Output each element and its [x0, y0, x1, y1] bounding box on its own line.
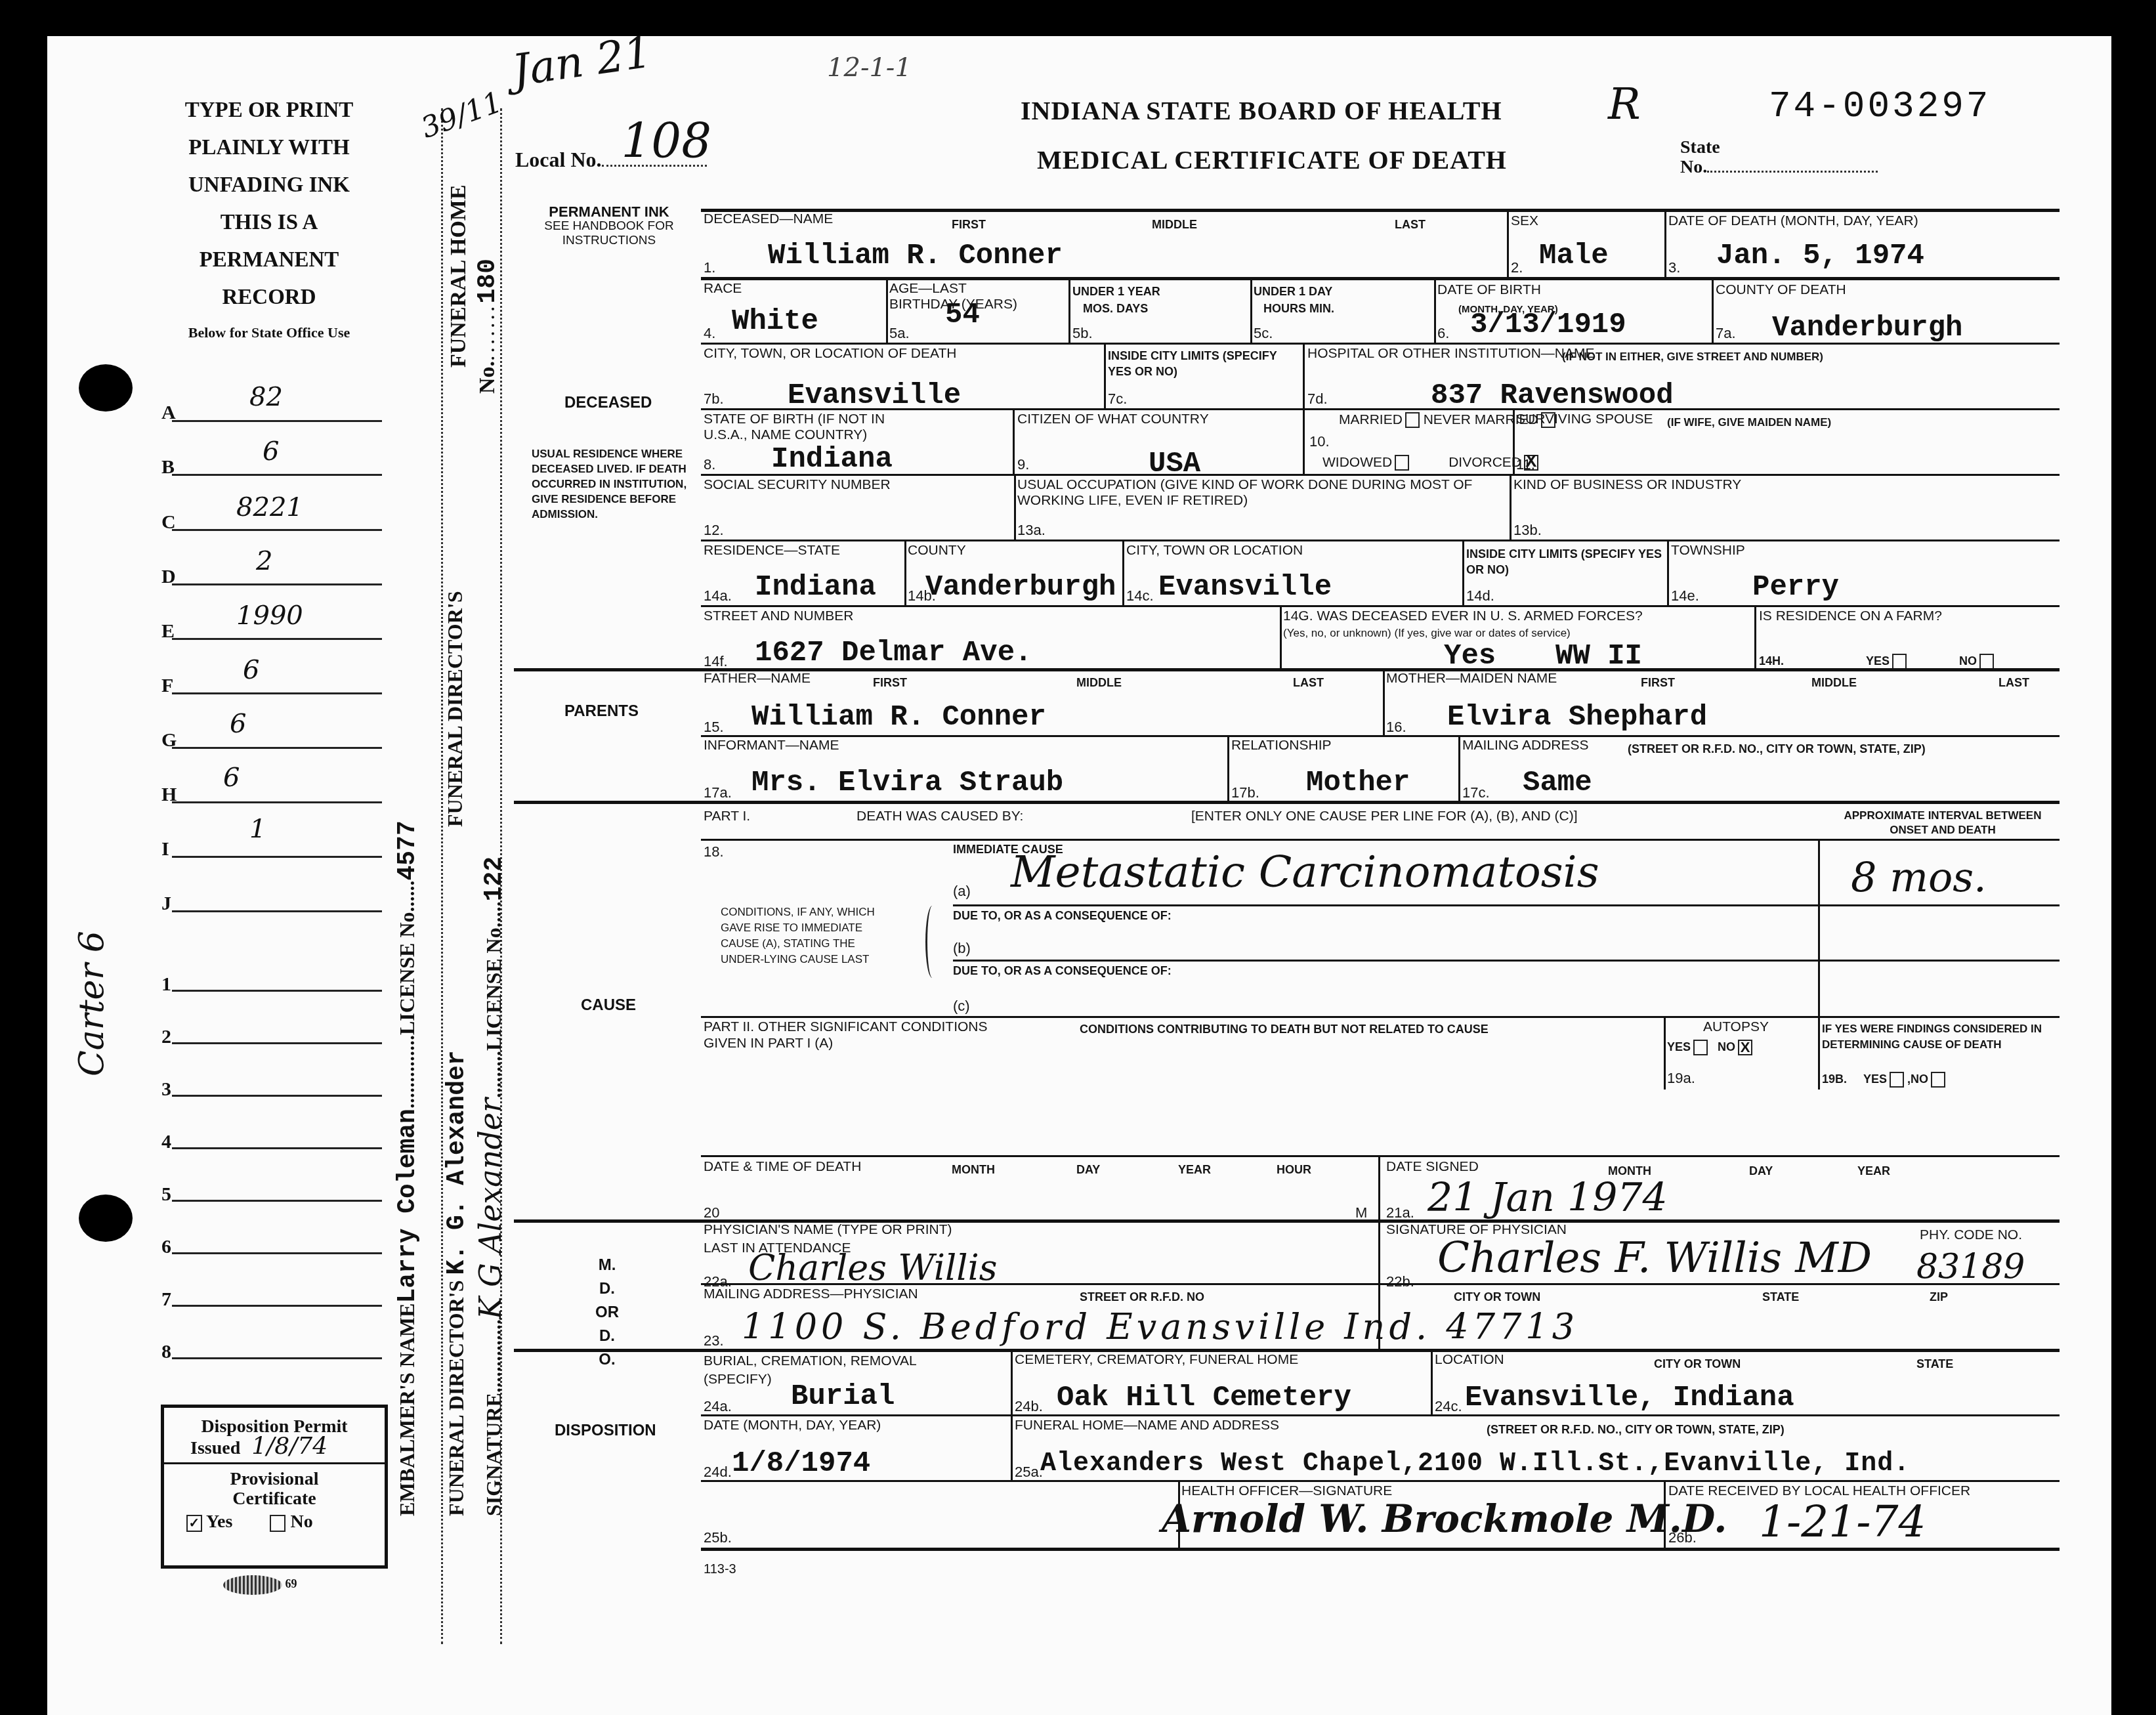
mailing-address[interactable]: Same	[1523, 767, 1592, 799]
margin-handwriting: Carter 6	[72, 931, 112, 1076]
instruction-line: PLAINLY WITH	[131, 129, 407, 167]
onset-interval[interactable]: 8 mos.	[1851, 853, 1987, 901]
residence-city[interactable]: Evansville	[1158, 571, 1332, 604]
date-of-death[interactable]: Jan. 5, 1974	[1716, 240, 1924, 272]
code-value[interactable]: 6	[223, 763, 240, 793]
binder-hole	[79, 364, 133, 412]
permit-issued-label: Issued	[190, 1438, 240, 1458]
instruction-line: PERMANENT	[131, 242, 407, 279]
autopsy-options: YES NOX	[1667, 1039, 1752, 1055]
autopsy-no-checkbox[interactable]: X	[1738, 1040, 1752, 1055]
hospital-value[interactable]: 837 Ravenswood	[1431, 379, 1674, 412]
mother-name[interactable]: Elvira Shephard	[1447, 701, 1707, 734]
embalmer-license[interactable]: 4577	[394, 820, 422, 880]
code-line	[172, 638, 382, 640]
provisional-certificate: Provisional Certificate	[164, 1470, 385, 1509]
township-value[interactable]: Perry	[1752, 571, 1839, 604]
code-value[interactable]: 2	[256, 546, 272, 576]
code-line	[172, 529, 382, 531]
section-parents: PARENTS	[564, 702, 639, 721]
code-number: 3	[161, 1078, 171, 1101]
widowed-checkbox[interactable]	[1395, 455, 1409, 471]
code-line	[172, 801, 382, 803]
provisional-yes-checkbox[interactable]: ✓	[186, 1515, 202, 1532]
race-value[interactable]: White	[732, 305, 818, 338]
code-number: 2	[161, 1026, 171, 1048]
code-line	[172, 420, 382, 422]
code-value[interactable]: 6	[243, 655, 259, 685]
cemetery-value[interactable]: Oak Hill Cemetery	[1057, 1382, 1351, 1414]
embalmer-name[interactable]: Larry Coleman	[394, 1109, 422, 1303]
instruction-line: THIS IS A	[131, 204, 407, 242]
code-number: 4	[161, 1131, 171, 1153]
findings-options: 19b. YES ,NO	[1822, 1071, 1945, 1088]
relationship-value[interactable]: Mother	[1306, 767, 1410, 799]
instruction-line: RECORD	[131, 279, 407, 316]
code-line	[172, 1305, 382, 1307]
provisional-yes-label: Yes	[206, 1512, 232, 1532]
date-of-birth[interactable]: 3/13/1919	[1470, 308, 1626, 341]
instructions-block: TYPE OR PRINT PLAINLY WITH UNFADING INK …	[131, 92, 407, 343]
margin-mark: R	[1608, 79, 1641, 129]
instruction-line: TYPE OR PRINT	[131, 92, 407, 129]
state-office-note: Below for State Office Use	[131, 323, 407, 343]
code-value[interactable]: 1	[249, 814, 266, 844]
provisional-no-label: No	[290, 1512, 312, 1532]
age-value[interactable]: 54	[945, 299, 980, 331]
funeral-home-value[interactable]: Alexanders West Chapel,2100 W.Ill.St.,Ev…	[1040, 1449, 1910, 1479]
code-number: 5	[161, 1183, 171, 1206]
brace	[925, 906, 939, 978]
code-line	[172, 910, 382, 912]
disposition-permit-box: Disposition Permit Issued 1/8/74 Provisi…	[161, 1405, 388, 1569]
code-line	[172, 747, 382, 749]
code-line	[172, 1042, 382, 1044]
physician-signature: Charles F. Willis MD	[1437, 1234, 1872, 1282]
permit-issued-row: Issued 1/8/74	[164, 1437, 385, 1458]
code-value[interactable]: 8221	[236, 492, 303, 522]
embalmer-row: EMBALMER'S NAMELarry Coleman............…	[394, 820, 422, 1516]
name-label: DECEASED—NAME	[704, 211, 833, 227]
state-no-value[interactable]: 74-003297	[1769, 85, 1991, 127]
state-no-label: StateNo.	[1680, 138, 1878, 177]
county-of-death[interactable]: Vanderburgh	[1772, 312, 1962, 345]
findings-yes-checkbox[interactable]	[1890, 1072, 1904, 1088]
armed-forces-label: 14g. WAS DECEASED EVER IN U. S. ARMED FO…	[1283, 608, 1643, 624]
form-number: 113-3	[704, 1562, 736, 1577]
birth-state[interactable]: Indiana	[771, 443, 893, 476]
dod-label: DATE OF DEATH (MONTH, DAY, YEAR)	[1668, 213, 1918, 229]
disposition-date[interactable]: 1/8/1974	[732, 1447, 870, 1480]
director-name[interactable]: K. G. Alexander	[443, 1050, 471, 1275]
code-value[interactable]: 1990	[236, 601, 303, 631]
code-line	[172, 583, 382, 585]
immediate-cause[interactable]: Metastatic Carcinomatosis	[1011, 847, 1599, 897]
city-of-death[interactable]: Evansville	[788, 379, 961, 412]
code-line	[172, 1252, 382, 1254]
married-checkbox[interactable]	[1405, 412, 1420, 428]
code-line	[172, 1095, 382, 1097]
director-row: FUNERAL DIRECTOR'S K. G. Alexander	[443, 1050, 471, 1516]
code-number: 8	[161, 1341, 171, 1363]
agency-title: INDIANA STATE BOARD OF HEALTH	[1021, 95, 1502, 126]
marital-widowed: WIDOWEDDIVORCEDX	[1322, 455, 1538, 471]
code-number: 1	[161, 973, 171, 996]
farm-options: 14h. YESNO	[1759, 653, 1994, 669]
local-no-value[interactable]: 108	[622, 114, 711, 169]
code-line	[172, 1147, 382, 1149]
disposition-method[interactable]: Burial	[791, 1380, 895, 1413]
informant-name[interactable]: Mrs. Elvira Straub	[751, 767, 1063, 799]
residence-county[interactable]: Vanderburgh	[925, 571, 1116, 604]
printer-mark: 69	[223, 1575, 297, 1595]
code-line	[172, 692, 382, 694]
signature-row: SIGNATURE..............K G Alexander....…	[473, 857, 509, 1516]
findings-no-checkbox[interactable]	[1931, 1072, 1945, 1088]
sex-value[interactable]: Male	[1539, 240, 1609, 272]
section-md-do: M. D. OR D. O.	[591, 1254, 624, 1372]
binder-hole	[79, 1195, 133, 1242]
director-license-label-top: FUNERAL DIRECTOR'S	[443, 591, 467, 827]
code-line	[172, 1200, 382, 1202]
director-signature: K G Alexander	[473, 1098, 508, 1319]
section-deceased: DECEASED	[564, 394, 652, 412]
code-letter: J	[161, 893, 171, 915]
code-line	[172, 474, 382, 476]
funeral-home-no: No........180	[474, 259, 502, 394]
code-letter: I	[161, 838, 169, 860]
disposition-location[interactable]: Evansville, Indiana	[1465, 1382, 1794, 1414]
code-line	[172, 990, 382, 992]
section-cause: CAUSE	[581, 996, 636, 1015]
handwritten-initials: 12-1-1	[827, 53, 912, 83]
union-label-icon	[223, 1575, 282, 1595]
deceased-name[interactable]: William R. Conner	[768, 240, 1063, 272]
permit-issued-date: 1/8/74	[251, 1433, 328, 1460]
physician-code[interactable]: 83189	[1916, 1247, 2025, 1286]
usual-residence-note: USUAL RESIDENCE WHERE DECEASED LIVED. IF…	[532, 446, 696, 522]
health-officer-signature: Arnold W. Brockmole M.D.	[1162, 1496, 1727, 1541]
farm-no-checkbox[interactable]	[1979, 654, 1994, 669]
residence-state[interactable]: Indiana	[755, 571, 876, 604]
instruction-line: UNFADING INK	[131, 167, 407, 204]
permanent-ink-note: PERMANENT INK SEE HANDBOOK FOR INSTRUCTI…	[524, 205, 694, 248]
code-value[interactable]: 6	[230, 709, 246, 739]
local-no: Local No.108	[515, 148, 707, 172]
code-line	[172, 1357, 382, 1359]
funeral-home-label: FUNERAL HOME	[446, 184, 471, 368]
code-value[interactable]: 6	[263, 436, 279, 467]
director-license[interactable]: 122	[480, 857, 509, 901]
code-number: 6	[161, 1236, 171, 1258]
section-disposition: DISPOSITION	[555, 1422, 656, 1440]
father-name[interactable]: William R. Conner	[751, 701, 1046, 734]
autopsy-yes-checkbox[interactable]	[1693, 1040, 1708, 1055]
farm-yes-checkbox[interactable]	[1892, 654, 1907, 669]
date-signed[interactable]: 21 Jan 1974	[1427, 1175, 1668, 1221]
code-line	[172, 856, 382, 858]
physician-name[interactable]: Charles Willis	[748, 1247, 998, 1288]
physician-address[interactable]: 1100 S. Bedford Evansville Ind. 47713	[742, 1306, 1578, 1347]
code-number: 7	[161, 1288, 171, 1311]
certificate-title: MEDICAL CERTIFICATE OF DEATH	[1037, 144, 1507, 175]
provisional-no-checkbox[interactable]	[270, 1515, 285, 1532]
residence-street[interactable]: 1627 Delmar Ave.	[755, 637, 1032, 669]
provisional-options: ✓ Yes No	[164, 1512, 385, 1533]
date-received[interactable]: 1-21-74	[1759, 1496, 1926, 1547]
code-value[interactable]: 82	[249, 382, 283, 412]
